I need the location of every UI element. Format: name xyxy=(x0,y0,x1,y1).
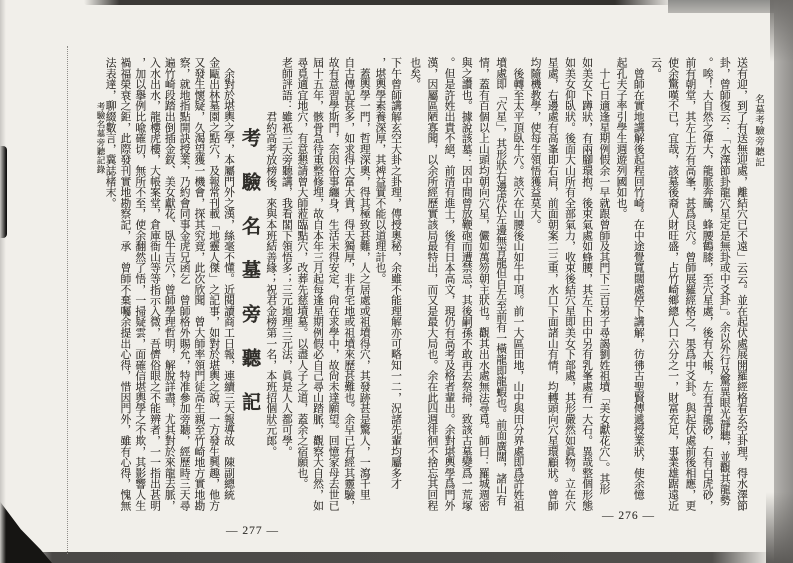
text-column: 。但是許姓出貴不絕，前清有進士，後有日本高文，現仍有高考及格者輩出。余對堪輿學爲… xyxy=(440,57,457,509)
text-column: 又發生懷疑，久渴望獲一機會，探其究竟，此次欣聞 曾大師率領門徒高生親至竹崎地方實… xyxy=(192,57,207,509)
text-column: 後轉至太平頂臥牛穴。該穴在山腰後山如牛中頂。前一大區田地，山中與田分界處即爲許姓… xyxy=(509,57,526,509)
scan-artifact-bottom-left-corner xyxy=(0,488,52,563)
text-column: 與之讚也。據說該墓：因中間曾放鞭砲而遭禁忌，其後嗣孫不敢再去祭掃，致該古墓變爲一… xyxy=(458,57,475,509)
text-column: 入水出水，龍樓虎樓，大帳案堂，倉庫衙山等等指示入微，吾儕俗眼之不能辨者，一一指出… xyxy=(147,57,162,509)
running-title-left-page: 考驗名墓旁聽記錄 xyxy=(95,102,107,174)
text-column: 前有朝堂，其左上方有高峯，甚爲良穴。曾師展羅經格之，果爲中爻卦。與起伏處前後相應… xyxy=(681,57,698,509)
scan-artifact-left-edge xyxy=(0,0,6,563)
text-column: 余對於堪輿之學，本屬門外之漢，絲毫不懂。近閱讀商工日報，連續三天報導故 陳副總統 xyxy=(221,57,236,509)
text-column: ，加以擧例比喩確切，無所不至，使余翻然了悟，一掃疑雲，面確信堪輿學之不欺，其影響… xyxy=(132,57,147,509)
text-column: 金甌出林墓園之點穴，及報常刊載「地靈人傑」之記事，如對於堪輿之說，一方發生興趣，… xyxy=(206,57,221,509)
text-column: 曾師在實地講解後起程回竹崎。在中途覺寬闊處停下講解，彷彿古聖賢傳遞授業狀，使余憶 xyxy=(630,57,647,509)
right-page-text-columns: 送有迎，到了有送無迎處，離結穴已不遠」云云。並在起伏處展開羅經格看玄空卦理，得水… xyxy=(405,57,750,509)
scan-artifact-top-right xyxy=(668,0,793,13)
text-column: 如美女下蹲狀，有兩腳環抱，後束氣處如蜂腰，其左下田中另有乳峯處有一大石。異哉整個… xyxy=(578,57,595,509)
page-number-right: — 276 — xyxy=(602,510,655,522)
text-column: 也矣。 xyxy=(406,57,423,509)
text-column: 星處，右邊處有高峯即右肩，前面朝案二三重，水口下面諸山有情，均轉頭向穴星環顧狀。… xyxy=(544,57,561,509)
scan-artifact-top-edge xyxy=(84,0,674,5)
chapter-title: 考驗名墓旁聽記 xyxy=(237,128,263,436)
text-column: 蓋輿學一門，哲理深奧，得其極致甚難，人之居處或祖墳得穴，其發跡甚是驚人，一瀉千里 xyxy=(356,57,372,509)
text-column: ，堪輿學素養深厚，其裨益實不能以道理計也。 xyxy=(372,57,388,509)
text-column: 使余驚嘆不已，宜哉，該墓後裔人財旺盛，占竹崎鄉總人口六分之一，財富充足，事業雄踞… xyxy=(664,57,681,509)
scan-artifact-right-top xyxy=(770,0,793,62)
text-column: 尋覓適宜地穴，有意懇請曾大師蒞臨點穴，改葬先慈墳墓。以盡人子之道，蓋余之宿願也。 xyxy=(294,57,310,509)
scan-artifact-bottom-edge xyxy=(22,552,772,563)
scan-artifact-right-edge xyxy=(774,0,793,563)
text-column: 自古傳記甚多，如求得大富大貴，得天獨厚，非有宅地或祖墳來歷甚難也。余早已有經其靈… xyxy=(341,57,357,509)
text-column: 均隨機教學，使每生領悟獲益莫大。 xyxy=(526,57,543,509)
text-column: 屆十五年，骸骨急待重整修埋，故自本年三月起每逢星期例假必自己尋山踏脈，觀察大自然… xyxy=(309,57,325,509)
text-column: 墳處即「穴星」，其形狀右邊虎伏左邊無青龍但自左至前有一橫龍即龍蝦也。前面廣闊，諸… xyxy=(492,57,509,509)
left-page-text-columns-before-title: 下午曾師講解玄空大卦之卦理，傳授奧秘，余雖不能理解亦可略知一二，況諸先輩均屬多才… xyxy=(262,57,403,509)
text-column: 起孔夫子率引學生週遊列國如也。 xyxy=(612,57,629,509)
text-column: 情，蓋有百個以上山頭均朝向穴星，儼如萬笏朝主狀也。觀其出水處無法尋覓。師曰：羅城… xyxy=(475,57,492,509)
page-number-left: — 277 — xyxy=(226,525,279,537)
running-title-right-page: 名墓考驗旁聽記 xyxy=(751,94,765,168)
text-column: 如美女仰臥狀。後面大山所有全部氣力，收束後結穴星即美女下部處，其形嚴然如眞物。立… xyxy=(561,57,578,509)
text-column: 禍福榮衰之鉅，此際發刊實地勘察記，承 曾師不棄囑余提出心得，惜因門外，雖有心得，… xyxy=(118,57,133,509)
text-column: 下午曾師講解玄空大卦之卦理，傳授奧秘，余雖不能理解亦可略知一二，況諸先輩均屬多才 xyxy=(387,57,403,509)
text-column: 云。 xyxy=(647,57,664,509)
text-column: 十七日適逢星期例假余一早就跟曾師及其門下三百弟子尋謁劉姓祖墳「美女獻花穴」。其形 xyxy=(595,57,612,509)
book-spread-scan: 名墓考驗旁聽記 送有迎，到了有送無迎處，離結穴已不遠」云云。並在起伏處展開羅經格… xyxy=(0,0,793,563)
text-column: 送有迎，到了有送無迎處，離結穴已不遠」云云。並在起伏處展開羅經格看玄空卦理，得水… xyxy=(733,57,750,509)
text-column: 老師評語：雖祇三天旁聽講，我看閣下領悟多；三元地理三元法，眞是人人都可學。 xyxy=(278,57,294,509)
scan-artifact-left-blotch xyxy=(0,146,7,238)
scan-artifact-right-bottom xyxy=(766,492,793,563)
text-column: 。唉！大自然之偉大，龍脈奔騰，蜂腰鶴膝，至穴星處，後有大帳，左有青龍砂，右有白虎… xyxy=(698,57,715,509)
text-column: 君約高考放榜後，來與本班結善緣；祝君金榜第一名，本班招個狀元郎。 xyxy=(263,57,279,509)
text-column: 察，就地指點開訣授業，乃約會同事金虎兄函乞 曾師格外賜允，特准參加旁聽，經歷時三… xyxy=(177,57,192,509)
text-column: 故有意習學斯門，奈因俗事纏身，生活未得安定，尙在求學中，故尙未達願望。回憶家母去… xyxy=(325,57,341,509)
text-column: 卦，曾師復云：「水澤節卦龍穴星定是無卦或中爻卦」。余以外行及驚異眼光靜聽，並觀其… xyxy=(716,57,733,509)
text-column: 漢，因屬區陋寡聞，以余所經歷實該局最特出，而又是最大局也。余在此四週徘徊不捨忘其… xyxy=(423,57,440,509)
page-crease-line xyxy=(67,46,68,554)
text-column: 遍竹崎段踏出倒插金釵、美女獻花、臥牛吉穴，曾師學理哲明，解脫詳盡，尤其對於來龍去… xyxy=(162,57,177,509)
left-page-text-columns-after-title: 余對於堪輿之學，本屬門外之漢，絲毫不懂。近閱讀商工日報，連續三天報導故 陳副總統… xyxy=(102,57,236,509)
